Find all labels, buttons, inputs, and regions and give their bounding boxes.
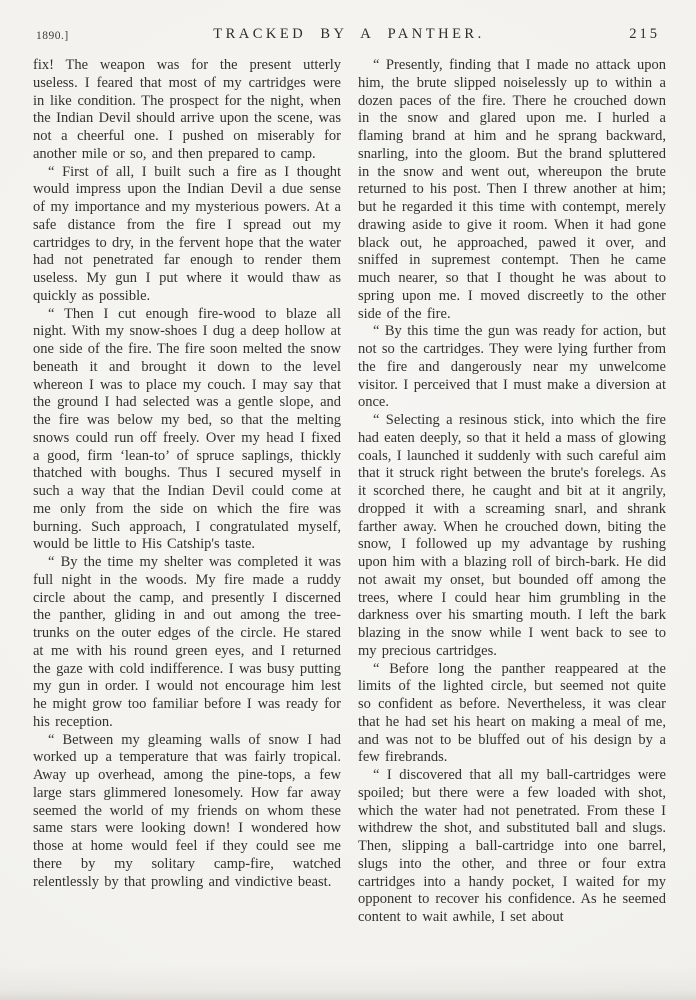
page-number: 215 xyxy=(629,26,660,43)
paragraph: “ By this time the gun was ready for act… xyxy=(358,323,666,412)
page-header: 1890.] TRACKED BY A PANTHER. 215 xyxy=(36,26,662,46)
page-bottom-edge xyxy=(0,990,696,1000)
left-text-column: fix! The weapon was for the present utte… xyxy=(33,57,341,960)
paragraph: “ Then I cut enough fire-wood to blaze a… xyxy=(33,306,341,555)
paragraph: fix! The weapon was for the present utte… xyxy=(33,57,341,164)
paragraph: “ Selecting a resinous stick, into which… xyxy=(358,412,666,661)
paragraph: “ Between my gleaming walls of snow I ha… xyxy=(33,732,341,892)
paragraph: “ By the time my shelter was completed i… xyxy=(33,554,341,732)
paragraph: “ First of all, I built such a fire as I… xyxy=(33,164,341,306)
paragraph: “ Presently, finding that I made no atta… xyxy=(358,57,666,323)
right-text-column: “ Presently, finding that I made no atta… xyxy=(358,57,666,960)
paragraph: “ I discovered that all my ball-cartridg… xyxy=(358,767,666,927)
two-column-text-body: fix! The weapon was for the present utte… xyxy=(33,57,667,960)
paragraph: “ Before long the panther reappeared at … xyxy=(358,661,666,768)
book-page: 1890.] TRACKED BY A PANTHER. 215 fix! Th… xyxy=(0,0,696,1000)
running-title: TRACKED BY A PANTHER. xyxy=(36,26,662,43)
